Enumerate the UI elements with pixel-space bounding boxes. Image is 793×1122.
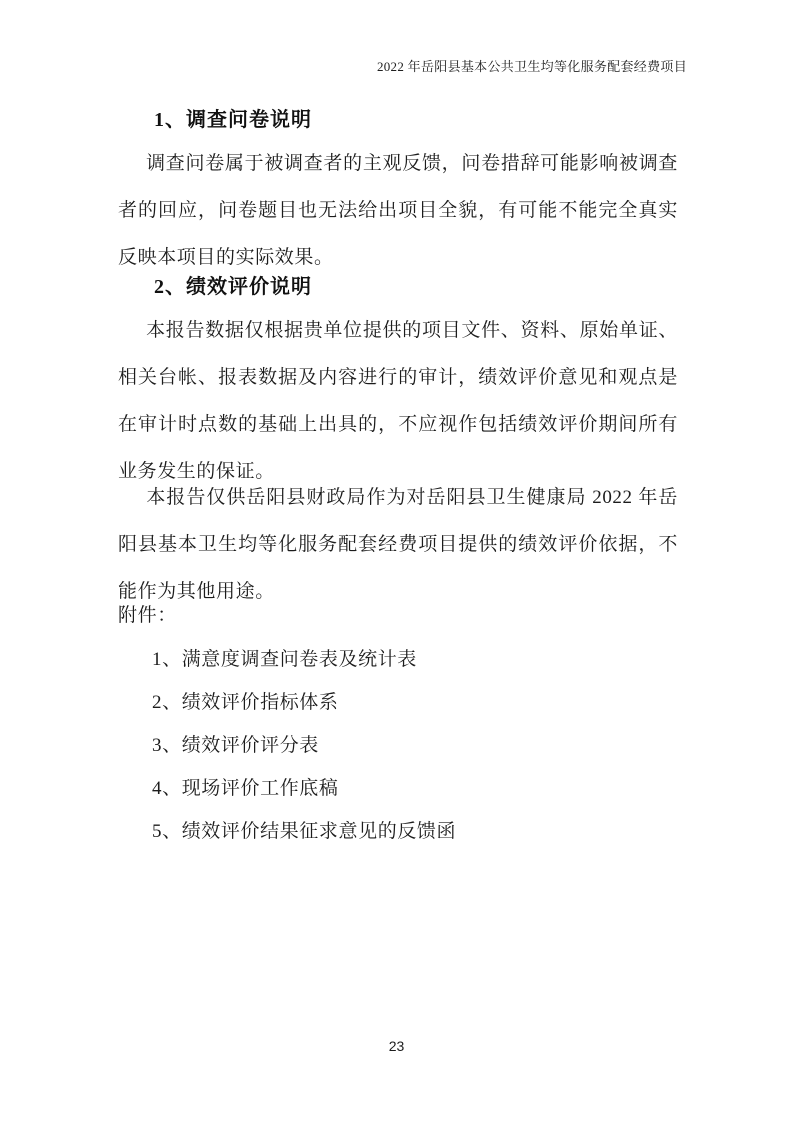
attachment-item: 4、现场评价工作底稿 <box>118 767 678 810</box>
attachment-item: 1、满意度调查问卷表及统计表 <box>118 638 678 681</box>
paragraph: 本报告仅供岳阳县财政局作为对岳阳县卫生健康局 2022 年岳阳县基本卫生均等化服… <box>118 474 678 615</box>
document-page: 2022 年岳阳县基本公共卫生均等化服务配套经费项目 1、调查问卷说明 调查问卷… <box>0 0 793 1122</box>
paragraph: 调查问卷属于被调查者的主观反馈，问卷措辞可能影响被调查者的回应，问卷题目也无法给… <box>118 140 678 281</box>
paragraph-text: 本报告仅供岳阳县财政局作为对岳阳县卫生健康局 2022 年岳阳县基本卫生均等化服… <box>118 487 678 602</box>
section-heading-1: 1、调查问卷说明 <box>154 108 684 132</box>
paragraph-text: 本报告数据仅根据贵单位提供的项目文件、资料、原始单证、相关台帐、报表数据及内容进… <box>118 320 678 482</box>
paragraph-text: 调查问卷属于被调查者的主观反馈，问卷措辞可能影响被调查者的回应，问卷题目也无法给… <box>118 153 678 268</box>
running-header: 2022 年岳阳县基本公共卫生均等化服务配套经费项目 <box>118 56 687 75</box>
attachments-list: 1、满意度调查问卷表及统计表 2、绩效评价指标体系 3、绩效评价评分表 4、现场… <box>118 638 678 853</box>
section-heading-2: 2、绩效评价说明 <box>154 275 684 299</box>
attachment-item: 2、绩效评价指标体系 <box>118 681 678 724</box>
attachment-item: 5、绩效评价结果征求意见的反馈函 <box>118 810 678 853</box>
attachment-item: 3、绩效评价评分表 <box>118 724 678 767</box>
page-number: 23 <box>0 1038 793 1054</box>
paragraph: 本报告数据仅根据贵单位提供的项目文件、资料、原始单证、相关台帐、报表数据及内容进… <box>118 307 678 495</box>
attachments-label: 附件： <box>118 604 177 628</box>
